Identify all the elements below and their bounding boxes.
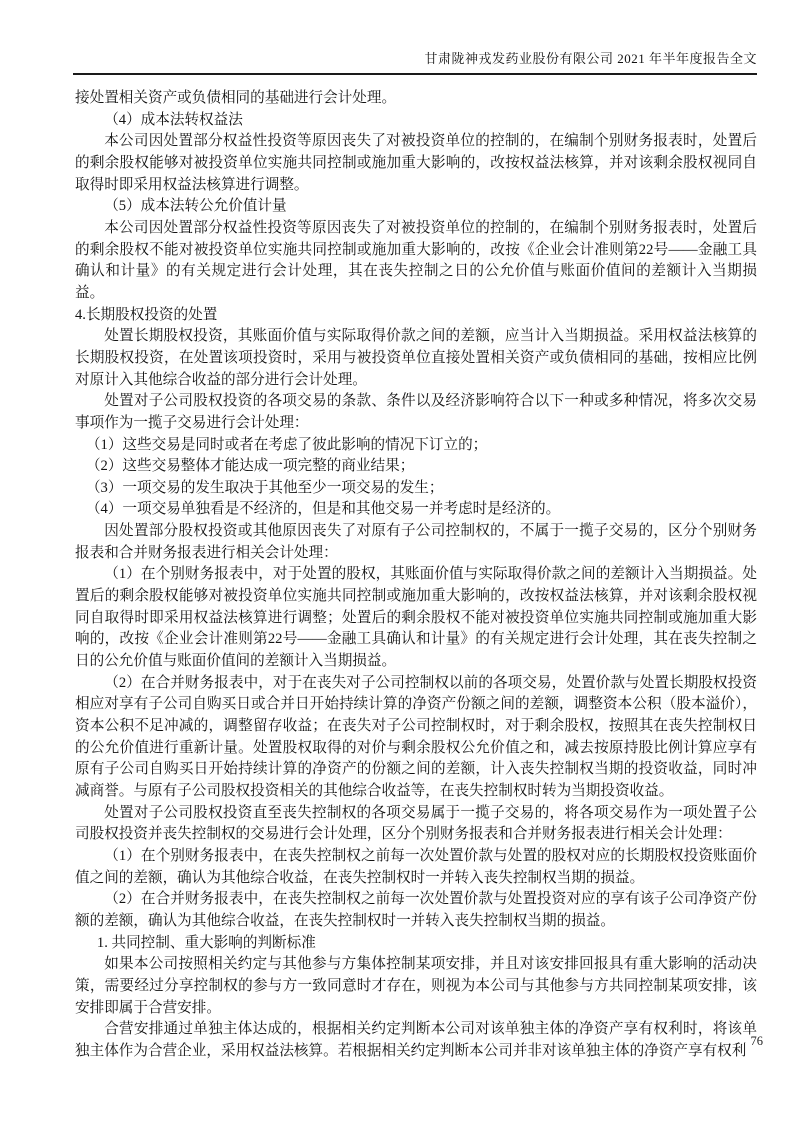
list-item: （1）这些交易是同时或者在考虑了彼此影响的情况下订立的； [75,435,757,457]
paragraph: 处置对子公司股权投资的各项交易的条款、条件以及经济影响符合以下一种或多种情况，将… [75,391,757,434]
paragraph: 如果本公司按照相关约定与其他参与方集体控制某项安排，并且对该安排回报具有重大影响… [75,954,757,1019]
paragraph: 处置长期股权投资，其账面价值与实际取得价款之间的差额，应当计入当期损益。采用权益… [75,326,757,391]
report-page: 甘肃陇神戎发药业股份有限公司 2021 年半年度报告全文 接处置相关资产或负债相… [0,0,793,1122]
paragraph: 本公司因处置部分权益性投资等原因丧失了对被投资单位的控制的，在编制个别财务报表时… [75,131,757,196]
page-header: 甘肃陇神戎发药业股份有限公司 2021 年半年度报告全文 [73,48,757,75]
heading-joint-control-criteria: 1. 共同控制、重大影响的判断标准 [75,933,757,955]
page-footer: 76 [75,1034,763,1049]
paragraph: 因处置部分股权投资或其他原因丧失了对原有子公司控制权的，不属于一揽子交易的，区分… [75,521,757,564]
paragraph: （2）在合并财务报表中，在丧失控制权之前每一次处置价款与处置投资对应的享有该子公… [75,889,757,932]
heading-disposal-of-lt-equity: 4.长期股权投资的处置 [75,305,757,327]
list-item: （4）一项交易单独看是不经济的，但是和其他交易一并考虑时是经济的。 [75,499,757,521]
paragraph: 本公司因处置部分权益性投资等原因丧失了对被投资单位的控制的，在编制个别财务报表时… [75,218,757,305]
heading-cost-to-equity-method: （4）成本法转权益法 [75,110,757,132]
page-number: 76 [751,1034,764,1048]
heading-cost-to-fair-value: （5）成本法转公允价值计量 [75,196,757,218]
paragraph: （1）在个别财务报表中，在丧失控制权之前每一次处置价款与处置的股权对应的长期股权… [75,846,757,889]
list-item: （2）这些交易整体才能达成一项完整的商业结果； [75,456,757,478]
report-header-title: 甘肃陇神戎发药业股份有限公司 2021 年半年度报告全文 [424,51,757,66]
paragraph: 处置对子公司股权投资直至丧失控制权的各项交易属于一揽子交易的，将各项交易作为一项… [75,803,757,846]
paragraph: （1）在个别财务报表中，对于处置的股权，其账面价值与实际取得价款之间的差额计入当… [75,564,757,672]
document-body: 接处置相关资产或负债相同的基础进行会计处理。 （4）成本法转权益法 本公司因处置… [75,88,757,1063]
list-item: （3）一项交易的发生取决于其他至少一项交易的发生； [75,478,757,500]
paragraph-continuation: 接处置相关资产或负债相同的基础进行会计处理。 [75,88,757,110]
paragraph: （2）在合并财务报表中，对于在丧失对子公司控制权以前的各项交易，处置价款与处置长… [75,673,757,803]
